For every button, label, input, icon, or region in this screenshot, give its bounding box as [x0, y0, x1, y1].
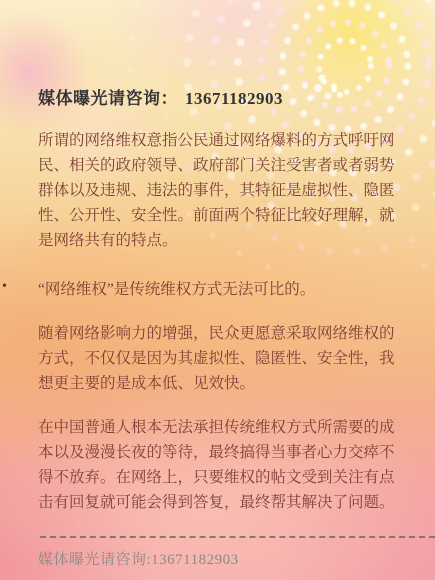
contact-footer-phone: 13671182903: [151, 552, 238, 568]
list-bullet-icon: •: [2, 280, 7, 294]
contact-header-phone: 13671182903: [185, 89, 283, 108]
contact-footer-label: 媒体曝光请咨询:: [38, 552, 151, 568]
quote-line: “网络维权”是传统维权方式无法可比的。: [38, 277, 430, 302]
paragraph-definition: 所谓的网络维权意指公民通过网络爆料的方式呼吁网 民、相关的政府领导、政府部门关注…: [38, 128, 430, 253]
contact-header-label: 媒体曝光请咨询：: [38, 89, 178, 108]
dashed-divider: [40, 536, 435, 538]
paragraph-cost: 在中国普通人根本无法承担传统维权方式所需要的成 本以及漫漫长夜的等待，最终搞得当…: [38, 415, 430, 515]
paragraph-reasons: 随着网络影响力的增强，民众更愿意采取网络维权的 方式，不仅仅是因为其虚拟性、隐匿…: [38, 321, 430, 396]
contact-footer: 媒体曝光请咨询:13671182903: [38, 548, 239, 569]
contact-header: 媒体曝光请咨询：13671182903: [38, 84, 283, 109]
flyer-page: 媒体曝光请咨询：13671182903 所谓的网络维权意指公民通过网络爆料的方式…: [0, 0, 435, 580]
